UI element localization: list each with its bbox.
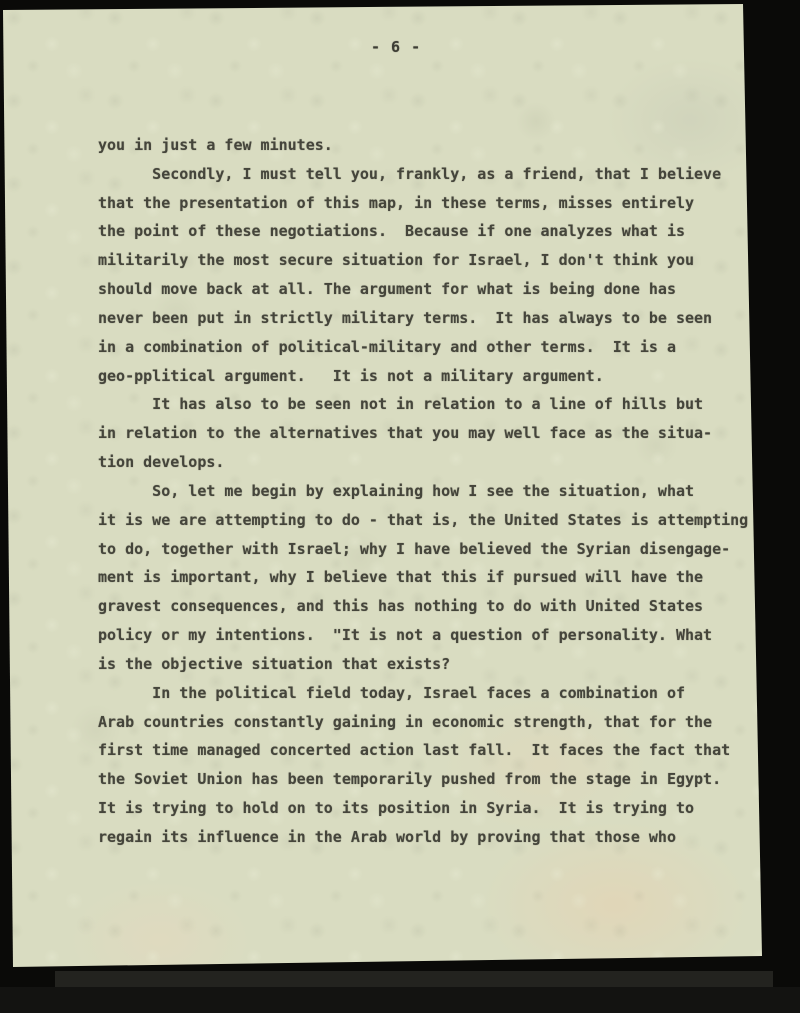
text-line: regain its influence in the Arab world b… (98, 823, 758, 852)
text-line: you in just a few minutes. (98, 131, 758, 160)
scanner-bottom-band (0, 987, 800, 1013)
page-number: - 6 - (371, 38, 421, 56)
text-line: geo-pplitical argument. It is not a mili… (98, 362, 758, 391)
text-line: first time managed concerted action last… (98, 736, 758, 765)
document-lines: you in just a few minutes. Secondly, I m… (98, 131, 758, 852)
text-line: It has also to be seen not in relation t… (98, 390, 758, 419)
text-line: policy or my intentions. "It is not a qu… (98, 621, 758, 650)
text-line: never been put in strictly military term… (98, 304, 758, 333)
document-page: - 6 - you in just a few minutes. Secondl… (0, 0, 800, 1013)
text-line: gravest consequences, and this has nothi… (98, 592, 758, 621)
text-line: It is trying to hold on to its position … (98, 794, 758, 823)
text-line: it is we are attempting to do - that is,… (98, 506, 758, 535)
text-line: So, let me begin by explaining how I see… (98, 477, 758, 506)
text-line: that the presentation of this map, in th… (98, 189, 758, 218)
text-line: to do, together with Israel; why I have … (98, 535, 758, 564)
text-line: militarily the most secure situation for… (98, 246, 758, 275)
scanned-document: - 6 - you in just a few minutes. Secondl… (0, 0, 800, 1013)
text-line: Arab countries constantly gaining in eco… (98, 708, 758, 737)
text-line: is the objective situation that exists? (98, 650, 758, 679)
scanner-shadow-band (55, 971, 773, 987)
text-line: the point of these negotiations. Because… (98, 217, 758, 246)
text-line: ment is important, why I believe that th… (98, 563, 758, 592)
text-line: the Soviet Union has been temporarily pu… (98, 765, 758, 794)
text-line: In the political field today, Israel fac… (98, 679, 758, 708)
text-line: tion develops. (98, 448, 758, 477)
text-line: in relation to the alternatives that you… (98, 419, 758, 448)
text-line: should move back at all. The argument fo… (98, 275, 758, 304)
text-line: Secondly, I must tell you, frankly, as a… (98, 160, 758, 189)
text-line: in a combination of political-military a… (98, 333, 758, 362)
